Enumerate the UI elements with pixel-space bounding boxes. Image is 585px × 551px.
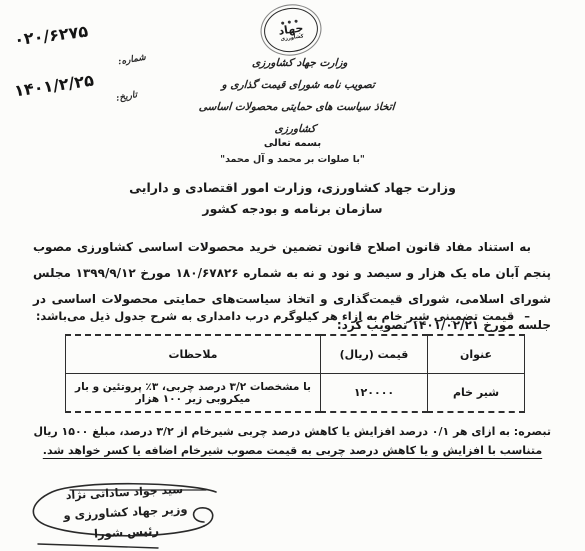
- table-row: شیر خام ۱۲۰۰۰۰ با مشخصات ۳/۲ درصد چربی، …: [66, 374, 525, 413]
- bullet-dash: –: [524, 309, 530, 323]
- cell-product-title: شیر خام: [428, 374, 525, 413]
- ministry-emblem-icon: ● ● ● جهاد کشاورزی: [261, 4, 321, 55]
- bullet-line: –قیمت تضمینی شیر خام به ازاء هر کیلوگرم …: [30, 309, 530, 323]
- cell-price: ۱۲۰۰۰۰: [321, 374, 428, 413]
- table-header-row: عنوان قیمت (ریال) ملاحظات: [66, 335, 525, 374]
- addressee-line-1: وزارت جهاد کشاورزی، وزارت امور اقتصادی و…: [0, 180, 585, 195]
- letterhead-line-2: تصویب نامه شورای قیمت گذاری و: [185, 74, 412, 96]
- bismillah-text: بسمه تعالی: [0, 138, 585, 149]
- note-line-1: تبصره: به ازای هر ۰/۱ درصد افزایش یا کاه…: [33, 420, 551, 444]
- document-number-label: شماره:: [117, 53, 146, 68]
- col-header-remarks: ملاحظات: [66, 335, 321, 374]
- scanned-letter-page: ● ● ● جهاد کشاورزی وزارت جهاد کشاورزی تص…: [0, 0, 585, 551]
- letterhead-title: وزارت جهاد کشاورزی تصویب نامه شورای قیمت…: [182, 52, 413, 140]
- col-header-title: عنوان: [428, 335, 525, 374]
- signature-block: سید جواد ساداتی نژاد وزیر جهاد کشاورزی و…: [27, 479, 225, 547]
- document-date-label: تاریخ:: [115, 90, 138, 104]
- price-table: عنوان قیمت (ریال) ملاحظات شیر خام ۱۲۰۰۰۰…: [65, 334, 525, 413]
- note-line-2: متناسب با افزایش و یا کاهش درصد چربی به …: [0, 444, 585, 457]
- letterhead-line-3: اتخاذ سیاست های حمایتی محصولات اساسی کشا…: [182, 96, 410, 140]
- document-date-value: ۱۴۰۱/۲/۲۵: [13, 71, 95, 101]
- addressee-line-2: سازمان برنامه و بودجه کشور: [0, 201, 585, 216]
- letterhead-line-1: وزارت جهاد کشاورزی: [187, 52, 414, 74]
- bullet-text: قیمت تضمینی شیر خام به ازاء هر کیلوگرم د…: [36, 309, 514, 323]
- col-header-price: قیمت (ریال): [321, 335, 428, 374]
- document-number-value: ۰۲۰/۶۲۷۵: [13, 22, 89, 50]
- cell-remark: با مشخصات ۳/۲ درصد چربی، ۳٪ پروتئین و با…: [66, 374, 321, 413]
- salawat-text: "با صلوات بر محمد و آل محمد": [0, 154, 585, 165]
